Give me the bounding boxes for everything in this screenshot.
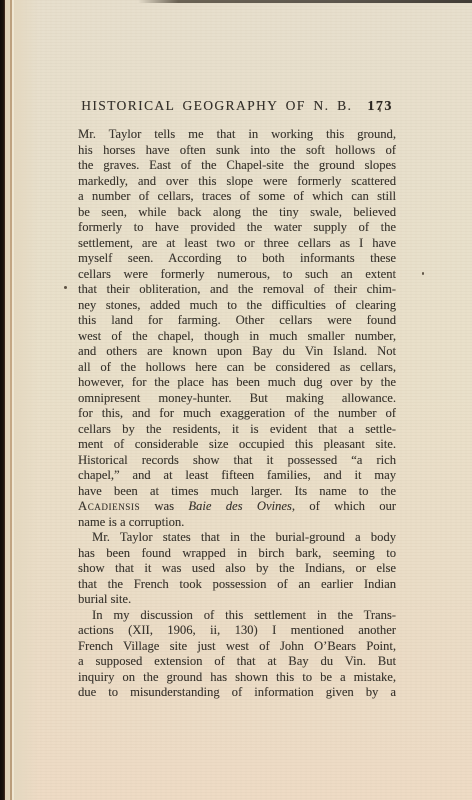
body-text: , of which our	[292, 499, 396, 513]
text-line: formerly to have provided the water supp…	[78, 220, 396, 236]
text-block: Mr. Taylor tells me that in working this…	[78, 127, 396, 701]
body-text: has been found wrapped in birch bark, se…	[78, 546, 396, 560]
gutter-crease-highlight	[12, 0, 14, 800]
body-text: settlement, are at least two or three ce…	[78, 236, 396, 250]
body-text: that the French took possession of an ea…	[78, 577, 396, 591]
text-line: markedly, and over this slope were forme…	[78, 174, 396, 190]
text-line: cellars were formerly numerous, to such …	[78, 267, 396, 283]
body-text: and others are known upon Bay du Vin Isl…	[78, 344, 396, 358]
text-line: Mr. Taylor tells me that in working this…	[78, 127, 396, 143]
text-line: chapel,” and at least fifteen families, …	[78, 468, 396, 484]
body-text: Historical records show that it possesse…	[78, 453, 396, 467]
running-title: HISTORICAL GEOGRAPHY OF N. B.	[81, 98, 352, 114]
text-line: his horses have often sunk into the soft…	[78, 143, 396, 159]
italic-text: Baie des Ovines	[188, 499, 291, 513]
body-text: this land for farming. Other cellars wer…	[78, 313, 396, 327]
body-text: for this, and for much exaggeration of t…	[78, 406, 396, 420]
body-text: a number of cellars, traces of some of w…	[78, 189, 396, 203]
body-text: that their obliteration, and the removal…	[78, 282, 396, 296]
body-text: inquiry on the ground has shown this to …	[78, 670, 396, 684]
body-text: his horses have often sunk into the soft…	[78, 143, 396, 157]
body-text: name is a corruption.	[78, 515, 184, 529]
text-line: all of the hollows here can be considere…	[78, 360, 396, 376]
text-line: Mr. Taylor states that in the burial-gro…	[78, 530, 396, 546]
text-line: be seen, while back along the tiny swale…	[78, 205, 396, 221]
text-line: however, for the place has been much dug…	[78, 375, 396, 391]
body-text: have been at times much larger. Its name…	[78, 484, 396, 498]
ink-speck	[422, 272, 424, 275]
body-text: French Village site just west of John O’…	[78, 639, 396, 653]
text-line: for this, and for much exaggeration of t…	[78, 406, 396, 422]
body-text: however, for the place has been much dug…	[78, 375, 396, 389]
smallcaps-text: Acadiensis	[78, 499, 140, 513]
text-line: this land for farming. Other cellars wer…	[78, 313, 396, 329]
body-text: was	[140, 499, 188, 513]
body-text: Mr. Taylor states that in the burial-gro…	[92, 530, 396, 544]
text-line: myself seen. According to both informant…	[78, 251, 396, 267]
body-text: cellars by the residents, it is evident …	[78, 422, 396, 436]
page-number: 173	[367, 99, 393, 115]
paragraph: Mr. Taylor states that in the burial-gro…	[78, 530, 396, 608]
text-line: and others are known upon Bay du Vin Isl…	[78, 344, 396, 360]
body-text: a supposed extension of that at Bay du V…	[78, 654, 396, 668]
body-text: burial site.	[78, 592, 131, 606]
text-line: have been at times much larger. Its name…	[78, 484, 396, 500]
body-text: ney stones, added much to the difficulti…	[78, 298, 396, 312]
text-line: Historical records show that it possesse…	[78, 453, 396, 469]
text-line: west of the chapel, though in much small…	[78, 329, 396, 345]
body-text: Mr. Taylor tells me that in working this…	[78, 127, 396, 141]
text-line: the graves. East of the Chapel-site the …	[78, 158, 396, 174]
body-text: all of the hollows here can be considere…	[78, 360, 396, 374]
body-text: chapel,” and at least fifteen families, …	[78, 468, 396, 482]
paragraph: Mr. Taylor tells me that in working this…	[78, 127, 396, 530]
text-line: ment of considerable size occupied this …	[78, 437, 396, 453]
ink-speck	[64, 286, 67, 289]
text-line: a number of cellars, traces of some of w…	[78, 189, 396, 205]
text-line: settlement, are at least two or three ce…	[78, 236, 396, 252]
text-line: Acadiensis was Baie des Ovines, of which…	[78, 499, 396, 515]
text-line: has been found wrapped in birch bark, se…	[78, 546, 396, 562]
book-spine-edge	[0, 0, 5, 800]
book-page-scan: HISTORICAL GEOGRAPHY OF N. B. 173 Mr. Ta…	[0, 0, 472, 800]
paragraph: In my discussion of this settlement in t…	[78, 608, 396, 701]
page-header: HISTORICAL GEOGRAPHY OF N. B. 173	[78, 98, 396, 115]
text-line: a supposed extension of that at Bay du V…	[78, 654, 396, 670]
text-line: French Village site just west of John O’…	[78, 639, 396, 655]
text-line: burial site.	[78, 592, 396, 608]
text-line: due to misunderstanding of information g…	[78, 685, 396, 701]
body-text: formerly to have provided the water supp…	[78, 220, 396, 234]
text-line: that the French took possession of an ea…	[78, 577, 396, 593]
ink-speck	[379, 108, 381, 112]
body-text: due to misunderstanding of information g…	[78, 685, 396, 699]
text-line: ney stones, added much to the difficulti…	[78, 298, 396, 314]
body-text: the graves. East of the Chapel-site the …	[78, 158, 396, 172]
body-text: ment of considerable size occupied this …	[78, 437, 396, 451]
text-line: that their obliteration, and the removal…	[78, 282, 396, 298]
text-line: actions (XII, 1906, ii, 130) I mentioned…	[78, 623, 396, 639]
body-text: actions (XII, 1906, ii, 130) I mentioned…	[78, 623, 396, 637]
body-text: myself seen. According to both informant…	[78, 251, 396, 265]
page-top-edge	[138, 0, 472, 3]
body-text: be seen, while back along the tiny swale…	[78, 205, 396, 219]
body-text: cellars were formerly numerous, to such …	[78, 267, 396, 281]
body-text: markedly, and over this slope were forme…	[78, 174, 396, 188]
text-line: show that it was used also by the Indian…	[78, 561, 396, 577]
text-line: cellars by the residents, it is evident …	[78, 422, 396, 438]
text-line: omnipresent money-hunter. But making all…	[78, 391, 396, 407]
body-text: show that it was used also by the Indian…	[78, 561, 396, 575]
body-text: omnipresent money-hunter. But making all…	[78, 391, 396, 405]
body-text: west of the chapel, though in much small…	[78, 329, 396, 343]
text-line: name is a corruption.	[78, 515, 396, 531]
text-line: In my discussion of this settlement in t…	[78, 608, 396, 624]
text-line: inquiry on the ground has shown this to …	[78, 670, 396, 686]
body-text: In my discussion of this settlement in t…	[92, 608, 396, 622]
